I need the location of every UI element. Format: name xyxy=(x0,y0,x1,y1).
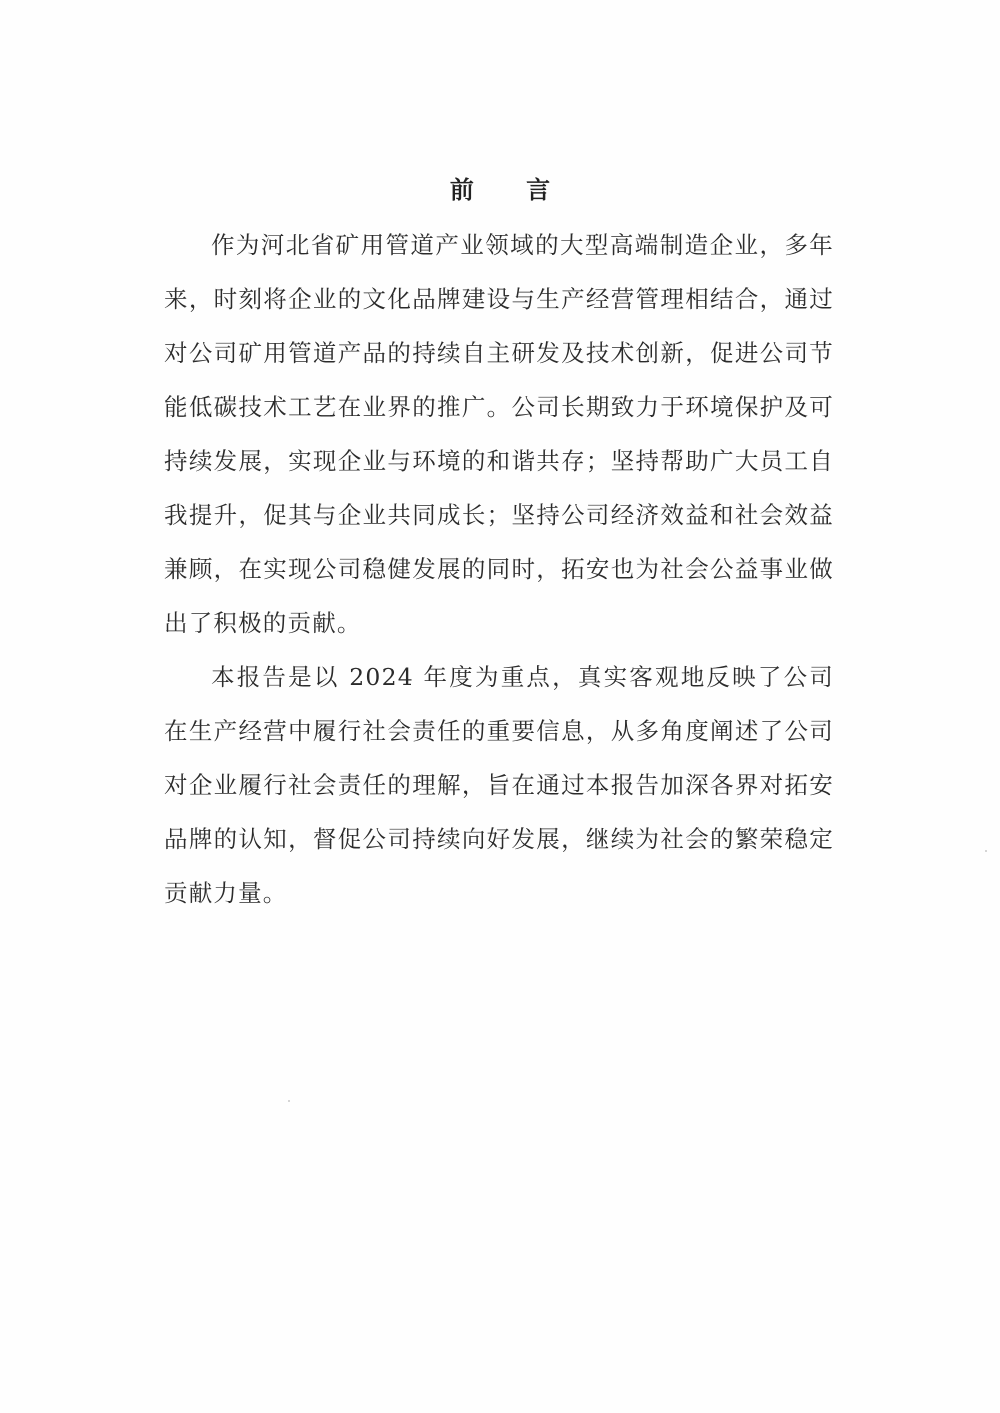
page-title: 前 言 xyxy=(0,170,1000,205)
preface-body: 作为河北省矿用管道产业领域的大型高端制造企业，多年来，时刻将企业的文化品牌建设与… xyxy=(164,218,834,920)
scan-speck xyxy=(985,850,987,852)
scan-speck xyxy=(288,1100,290,1102)
paragraph-1: 作为河北省矿用管道产业领域的大型高端制造企业，多年来，时刻将企业的文化品牌建设与… xyxy=(164,218,834,650)
paragraph-2: 本报告是以 2024 年度为重点，真实客观地反映了公司在生产经营中履行社会责任的… xyxy=(164,650,834,920)
document-page: 前 言 作为河北省矿用管道产业领域的大型高端制造企业，多年来，时刻将企业的文化品… xyxy=(0,0,1000,1413)
